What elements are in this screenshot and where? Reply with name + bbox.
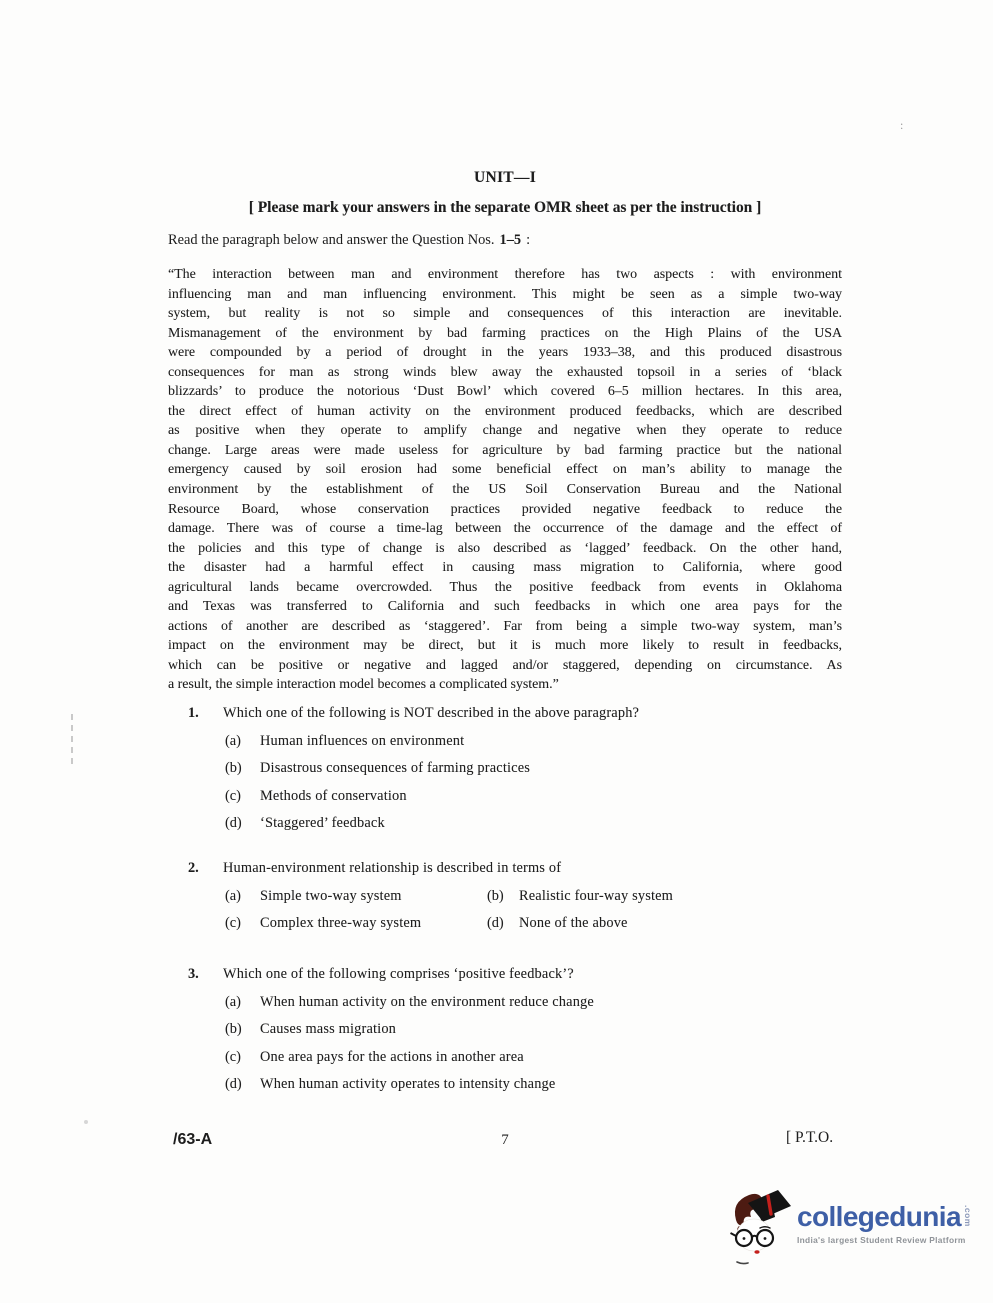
option-label: (c) — [225, 915, 260, 932]
question-number: 3. — [188, 966, 223, 983]
paragraph-line: impact on the environment may be direct,… — [168, 636, 842, 656]
paragraph-line: actions of another are described as ‘sta… — [168, 617, 842, 637]
question-1-option-d: (d)‘Staggered’ feedback — [168, 815, 842, 832]
question-3-option-a: (a)When human activity on the environmen… — [168, 994, 842, 1011]
question-2-option-d: (d)None of the above — [487, 915, 628, 932]
collegedunia-logo[interactable]: collegedunia .com India's largest Studen… — [727, 1186, 973, 1270]
paragraph-line: consequences for man as strong winds ble… — [168, 363, 842, 383]
option-label: (a) — [225, 994, 260, 1011]
pto-label: [ P.T.O. — [786, 1129, 833, 1147]
scan-artifact-margin-dashes — [71, 714, 73, 764]
option-text: Simple two-way system — [260, 888, 402, 904]
paragraph-line: the disaster had a harmful effect in cau… — [168, 558, 842, 578]
question-2-options-row-2: (c)Complex three-way system (d)None of t… — [168, 915, 842, 932]
paragraph-line: the direct effect of human activity on t… — [168, 402, 842, 422]
question-1-option-c: (c)Methods of conservation — [168, 788, 842, 805]
option-text: Realistic four-way system — [519, 888, 673, 904]
paragraph-line: damage. There was of course a time-lag b… — [168, 519, 842, 539]
option-label: (d) — [225, 1076, 260, 1093]
paragraph-line: influencing man and man influencing envi… — [168, 285, 842, 305]
question-3: 3.Which one of the following comprises ‘… — [168, 966, 842, 1093]
read-note-colon: : — [526, 232, 530, 248]
question-1-option-a: (a)Human influences on environment — [168, 733, 842, 750]
paragraph-line: Mismanagement of the environment by bad … — [168, 324, 842, 344]
read-note: Read the paragraph below and answer the … — [168, 232, 530, 249]
option-label: (a) — [225, 888, 260, 905]
option-text: ‘Staggered’ feedback — [260, 815, 385, 831]
question-3-option-d: (d)When human activity operates to inten… — [168, 1076, 842, 1093]
paragraph-line: emergency caused by soil erosion had som… — [168, 460, 842, 480]
option-text: When human activity operates to intensit… — [260, 1076, 555, 1092]
option-text: When human activity on the environment r… — [260, 994, 594, 1010]
option-text: Disastrous consequences of farming pract… — [260, 760, 530, 776]
paragraph-line: as positive when they operate to amplify… — [168, 421, 842, 441]
paragraph-line: blizzards’ to produce the notorious ‘Dus… — [168, 382, 842, 402]
option-label: (b) — [225, 1021, 260, 1038]
option-text: Complex three-way system — [260, 915, 421, 931]
option-text: Methods of conservation — [260, 788, 407, 804]
option-label: (c) — [225, 1049, 260, 1066]
question-2-option-c: (c)Complex three-way system — [225, 915, 421, 931]
read-note-range: 1–5 — [500, 232, 522, 248]
paragraph-line: change. Large areas were made useless fo… — [168, 441, 842, 461]
question-2-option-b: (b)Realistic four-way system — [487, 888, 673, 905]
option-label: (d) — [225, 815, 260, 832]
question-2-head: 2.Human-environment relationship is desc… — [168, 860, 842, 877]
question-number: 2. — [188, 860, 223, 877]
question-2: 2.Human-environment relationship is desc… — [168, 860, 842, 932]
question-3-head: 3.Which one of the following comprises ‘… — [168, 966, 842, 983]
paragraph-line: the policies and this type of change is … — [168, 539, 842, 559]
question-1-option-b: (b)Disastrous consequences of farming pr… — [168, 760, 842, 777]
paragraph-line: system, but reality is not so simple and… — [168, 304, 842, 324]
question-2-option-a: (a)Simple two-way system — [225, 888, 402, 904]
option-label: (c) — [225, 788, 260, 805]
option-text: One area pays for the actions in another… — [260, 1049, 524, 1065]
paragraph-line: environment by the establishment of the … — [168, 480, 842, 500]
question-3-option-b: (b)Causes mass migration — [168, 1021, 842, 1038]
reading-passage: “The interaction between man and environ… — [168, 265, 842, 695]
paragraph-line: Resource Board, whose conservation pract… — [168, 500, 842, 520]
exam-paper-page: : UNIT—I [ Please mark your answers in t… — [0, 0, 993, 1303]
paragraph-line: which can be positive or negative and la… — [168, 656, 842, 676]
option-label: (d) — [487, 915, 519, 932]
option-text: None of the above — [519, 915, 628, 931]
question-text: Human-environment relationship is descri… — [223, 860, 561, 876]
unit-title: UNIT—I — [168, 169, 842, 187]
read-note-prefix: Read the paragraph below and answer the … — [168, 232, 495, 248]
question-3-option-c: (c)One area pays for the actions in anot… — [168, 1049, 842, 1066]
scan-artifact-colon: : — [900, 118, 903, 133]
option-text: Causes mass migration — [260, 1021, 396, 1037]
paragraph-line: a result, the simple interaction model b… — [168, 675, 842, 695]
paragraph-line: agricultural lands became overcrowded. T… — [168, 578, 842, 598]
logo-text-block: collegedunia .com India's largest Studen… — [797, 1202, 973, 1245]
question-2-options-row-1: (a)Simple two-way system (b)Realistic fo… — [168, 888, 842, 905]
option-text: Human influences on environment — [260, 733, 464, 749]
paragraph-line: “The interaction between man and environ… — [168, 265, 842, 285]
option-label: (a) — [225, 733, 260, 750]
question-1-head: 1.Which one of the following is NOT desc… — [168, 705, 842, 722]
question-text: Which one of the following comprises ‘po… — [223, 966, 574, 982]
omr-instruction: [ Please mark your answers in the separa… — [160, 199, 850, 217]
scan-artifact-dot — [84, 1120, 88, 1124]
paragraph-line: and Texas was transferred to California … — [168, 597, 842, 617]
option-label: (b) — [487, 888, 519, 905]
option-label: (b) — [225, 760, 260, 777]
question-text: Which one of the following is NOT descri… — [223, 705, 639, 721]
logo-tagline: India's largest Student Review Platform — [797, 1235, 973, 1245]
paragraph-line: were compounded by a period of drought i… — [168, 343, 842, 363]
question-number: 1. — [188, 705, 223, 722]
logo-brand-text: collegedunia — [797, 1202, 961, 1232]
page-number: 7 — [168, 1132, 842, 1149]
logo-tld-text: .com — [963, 1205, 973, 1227]
collegedunia-mascot-icon — [727, 1186, 793, 1270]
question-1: 1.Which one of the following is NOT desc… — [168, 705, 842, 832]
